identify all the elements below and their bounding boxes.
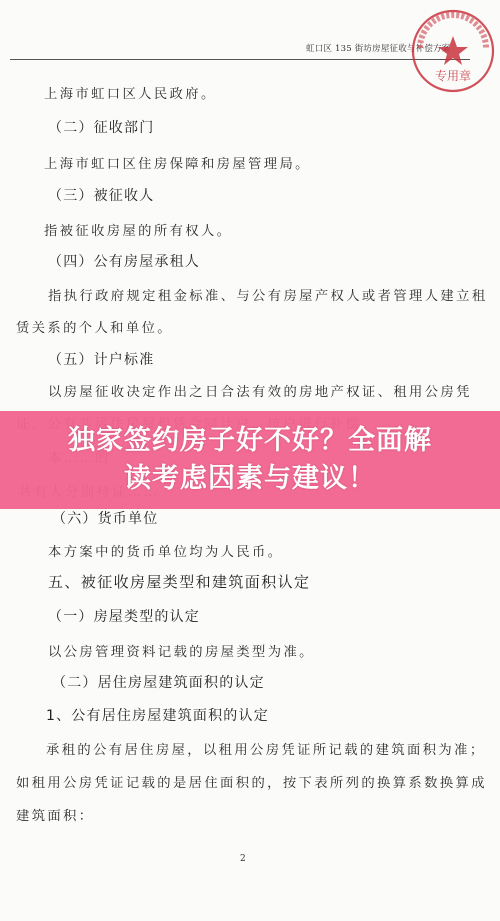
text-line: 以房屋征收决定作出之日合法有效的房地产权证、租用公房凭 bbox=[48, 381, 472, 400]
text-line: 以公房管理资料记载的房屋类型为准。 bbox=[48, 641, 315, 660]
title-banner: 独家签约房子好不好？全面解 读考虑因素与建议！ bbox=[0, 411, 500, 509]
text-line: 指被征收房屋的所有权人。 bbox=[44, 220, 232, 239]
subheading: 1、公有居住房屋建筑面积的认定 bbox=[46, 705, 269, 725]
svg-text:专用章: 专用章 bbox=[435, 68, 471, 83]
banner-title-line-2: 读考虑因素与建议！ bbox=[124, 460, 376, 498]
subheading: （一）房屋类型的认定 bbox=[48, 606, 200, 626]
text-line: 承租的公有居住房屋，以租用公房凭证所记载的建筑面积为准； bbox=[46, 739, 486, 758]
page-number: 2 bbox=[240, 854, 246, 864]
text-line: 指执行政府规定租金标准、与公有房屋产权人或者管理人建立租 bbox=[48, 285, 488, 304]
text-line: 赁关系的个人和单位。 bbox=[16, 317, 173, 336]
subheading: （六）货币单位 bbox=[52, 508, 158, 528]
text-line: 本方案中的货币单位均为人民币。 bbox=[48, 541, 283, 560]
subheading: （二）居住房屋建筑面积的认定 bbox=[52, 672, 265, 692]
text-line: 上海市虹口区人民政府。 bbox=[44, 83, 217, 102]
banner-title-line-1: 独家签约房子好不好？全面解 bbox=[68, 422, 432, 460]
section-heading: 五、被征收房屋类型和建筑面积认定 bbox=[48, 571, 310, 592]
text-line: 上海市虹口区住房保障和房屋管理局。 bbox=[44, 153, 311, 172]
text-line: 建筑面积： bbox=[16, 805, 94, 824]
header-divider bbox=[10, 59, 470, 60]
subheading: （五）计户标准 bbox=[48, 349, 154, 369]
text-line: 如租用公房凭证记载的是居住面积的，按下表所列的换算系数换算成 bbox=[16, 772, 487, 791]
subheading: （二）征收部门 bbox=[48, 117, 154, 137]
subheading: （三）被征收人 bbox=[48, 185, 154, 205]
subheading: （四）公有房屋承租人 bbox=[48, 251, 200, 271]
official-seal-icon: 专用章 bbox=[410, 8, 496, 94]
